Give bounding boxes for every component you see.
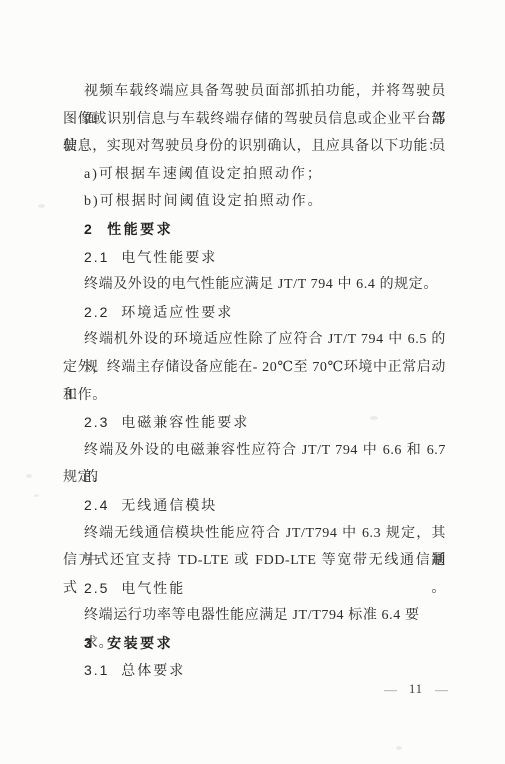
text-line: 2.1 电气性能要求 <box>63 244 446 272</box>
text-line: 3 安装要求 <box>63 630 446 658</box>
text-line: b)可根据时间阈值设定拍照动作。 <box>63 188 446 216</box>
text-line: 终端无线通信模块性能应符合 JT/T794 中 6.3 规定，其中通 <box>63 520 446 548</box>
footer-dash-right: — <box>435 683 448 696</box>
text-line: 视频车载终端应具备驾驶员面部抓拍功能，并将驾驶员面部 <box>63 78 446 106</box>
page-footer: — 11 — <box>384 681 448 697</box>
text-line: 定外，终端主存储设备应能在- 20℃至 70℃环境中正常启动和 <box>63 354 446 382</box>
document-text-block: 视频车载终端应具备驾驶员面部抓拍功能，并将驾驶员面部图像或识别信息与车载终端存储… <box>63 78 446 685</box>
text-line: 图像或识别信息与车载终端存储的驾驶员信息或企业平台驾驶员 <box>63 106 446 134</box>
text-line: 终端运行功率等电器性能应满足 JT/T794 标准 6.4 要求。 <box>63 602 446 630</box>
scanned-document-page: 视频车载终端应具备驾驶员面部抓拍功能，并将驾驶员面部图像或识别信息与车载终端存储… <box>0 0 505 764</box>
scan-smudge <box>38 204 45 208</box>
text-line: 终端及外设的电气性能应满足 JT/T 794 中 6.4 的规定。 <box>63 271 446 299</box>
scan-smudge <box>396 746 402 750</box>
page-number: 11 <box>409 682 423 697</box>
text-line: a)可根据车速阈值设定拍照动作； <box>63 161 446 189</box>
scan-smudge <box>370 416 378 420</box>
text-line: 终端机外设的环境适应性除了应符合 JT/T 794 中 6.5 的规 <box>63 326 446 354</box>
text-line: 信息，实现对驾驶员身份的识别确认，且应具备以下功能： <box>63 133 446 161</box>
text-line: 2.2 环境适应性要求 <box>63 299 446 327</box>
text-line: 工作。 <box>63 382 446 410</box>
text-line: 2.4 无线通信模块 <box>63 492 446 520</box>
text-line: 规定。 <box>63 464 446 492</box>
scan-smudge <box>26 474 32 478</box>
text-line: 终端及外设的电磁兼容性应符合 JT/T 794 中 6.6 和 6.7 的 <box>63 437 446 465</box>
footer-dash-left: — <box>384 683 397 696</box>
scan-smudge <box>34 494 39 497</box>
text-line: 2.3 电磁兼容性能要求 <box>63 409 446 437</box>
text-line: 信方式还宜支持 TD-LTE 或 FDD-LTE 等宽带无线通信制式。 <box>63 547 446 575</box>
text-line: 2 性能要求 <box>63 216 446 244</box>
